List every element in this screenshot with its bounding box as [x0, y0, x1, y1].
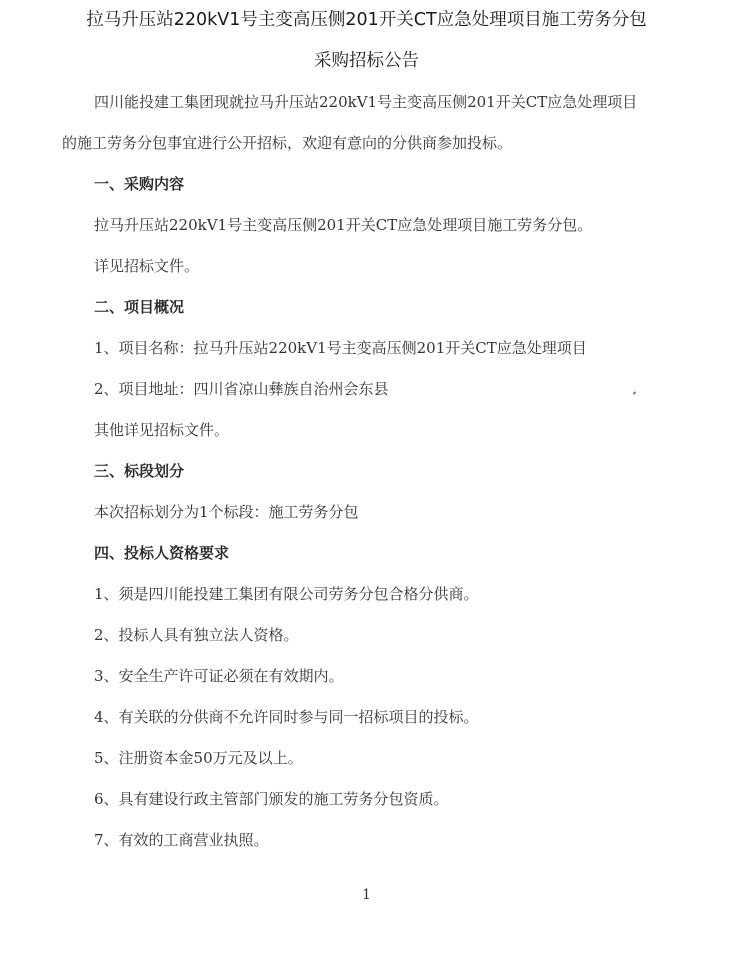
- scan-speck: [633, 391, 637, 395]
- document-title-line-1: 拉马升压站220kV1号主变高压侧201开关CT应急处理项目施工劳务分包: [0, 10, 733, 30]
- procurement-see-docs: 详见招标文件。: [94, 256, 199, 276]
- qualification-item: 7、有效的工商营业执照。: [94, 830, 269, 850]
- procurement-content: 拉马升压站220kV1号主变高压侧201开关CT应急处理项目施工劳务分包。: [94, 215, 592, 235]
- qualification-item: 6、具有建设行政主管部门颁发的施工劳务分包资质。: [94, 789, 449, 809]
- section-heading-qualifications: 四、投标人资格要求: [94, 543, 229, 563]
- project-name: 1、项目名称：拉马升压站220kV1号主变高压侧201开关CT应急处理项目: [94, 338, 587, 358]
- qualification-item: 4、有关联的分供商不允许同时参与同一招标项目的投标。: [94, 707, 479, 727]
- project-address: 2、项目地址：四川省凉山彝族自治州会东县: [94, 379, 389, 399]
- section-heading-overview: 二、项目概况: [94, 297, 184, 317]
- intro-paragraph-line-2: 的施工劳务分包事宜进行公开招标，欢迎有意向的分供商参加投标。: [62, 133, 512, 153]
- lot-division: 本次招标划分为1个标段：施工劳务分包: [94, 502, 359, 522]
- qualification-item: 1、须是四川能投建工集团有限公司劳务分包合格分供商。: [94, 584, 479, 604]
- qualification-item: 3、安全生产许可证必须在有效期内。: [94, 666, 344, 686]
- overview-see-docs: 其他详见招标文件。: [94, 420, 229, 440]
- qualification-item: 2、投标人具有独立法人资格。: [94, 625, 299, 645]
- page-number: 1: [0, 887, 733, 903]
- section-heading-lots: 三、标段划分: [94, 461, 184, 481]
- qualification-item: 5、注册资本金50万元及以上。: [94, 748, 303, 768]
- intro-paragraph-line-1: 四川能投建工集团现就拉马升压站220kV1号主变高压侧201开关CT应急处理项目: [94, 92, 637, 112]
- section-heading-procurement: 一、采购内容: [94, 174, 184, 194]
- document-title-line-2: 采购招标公告: [0, 51, 733, 71]
